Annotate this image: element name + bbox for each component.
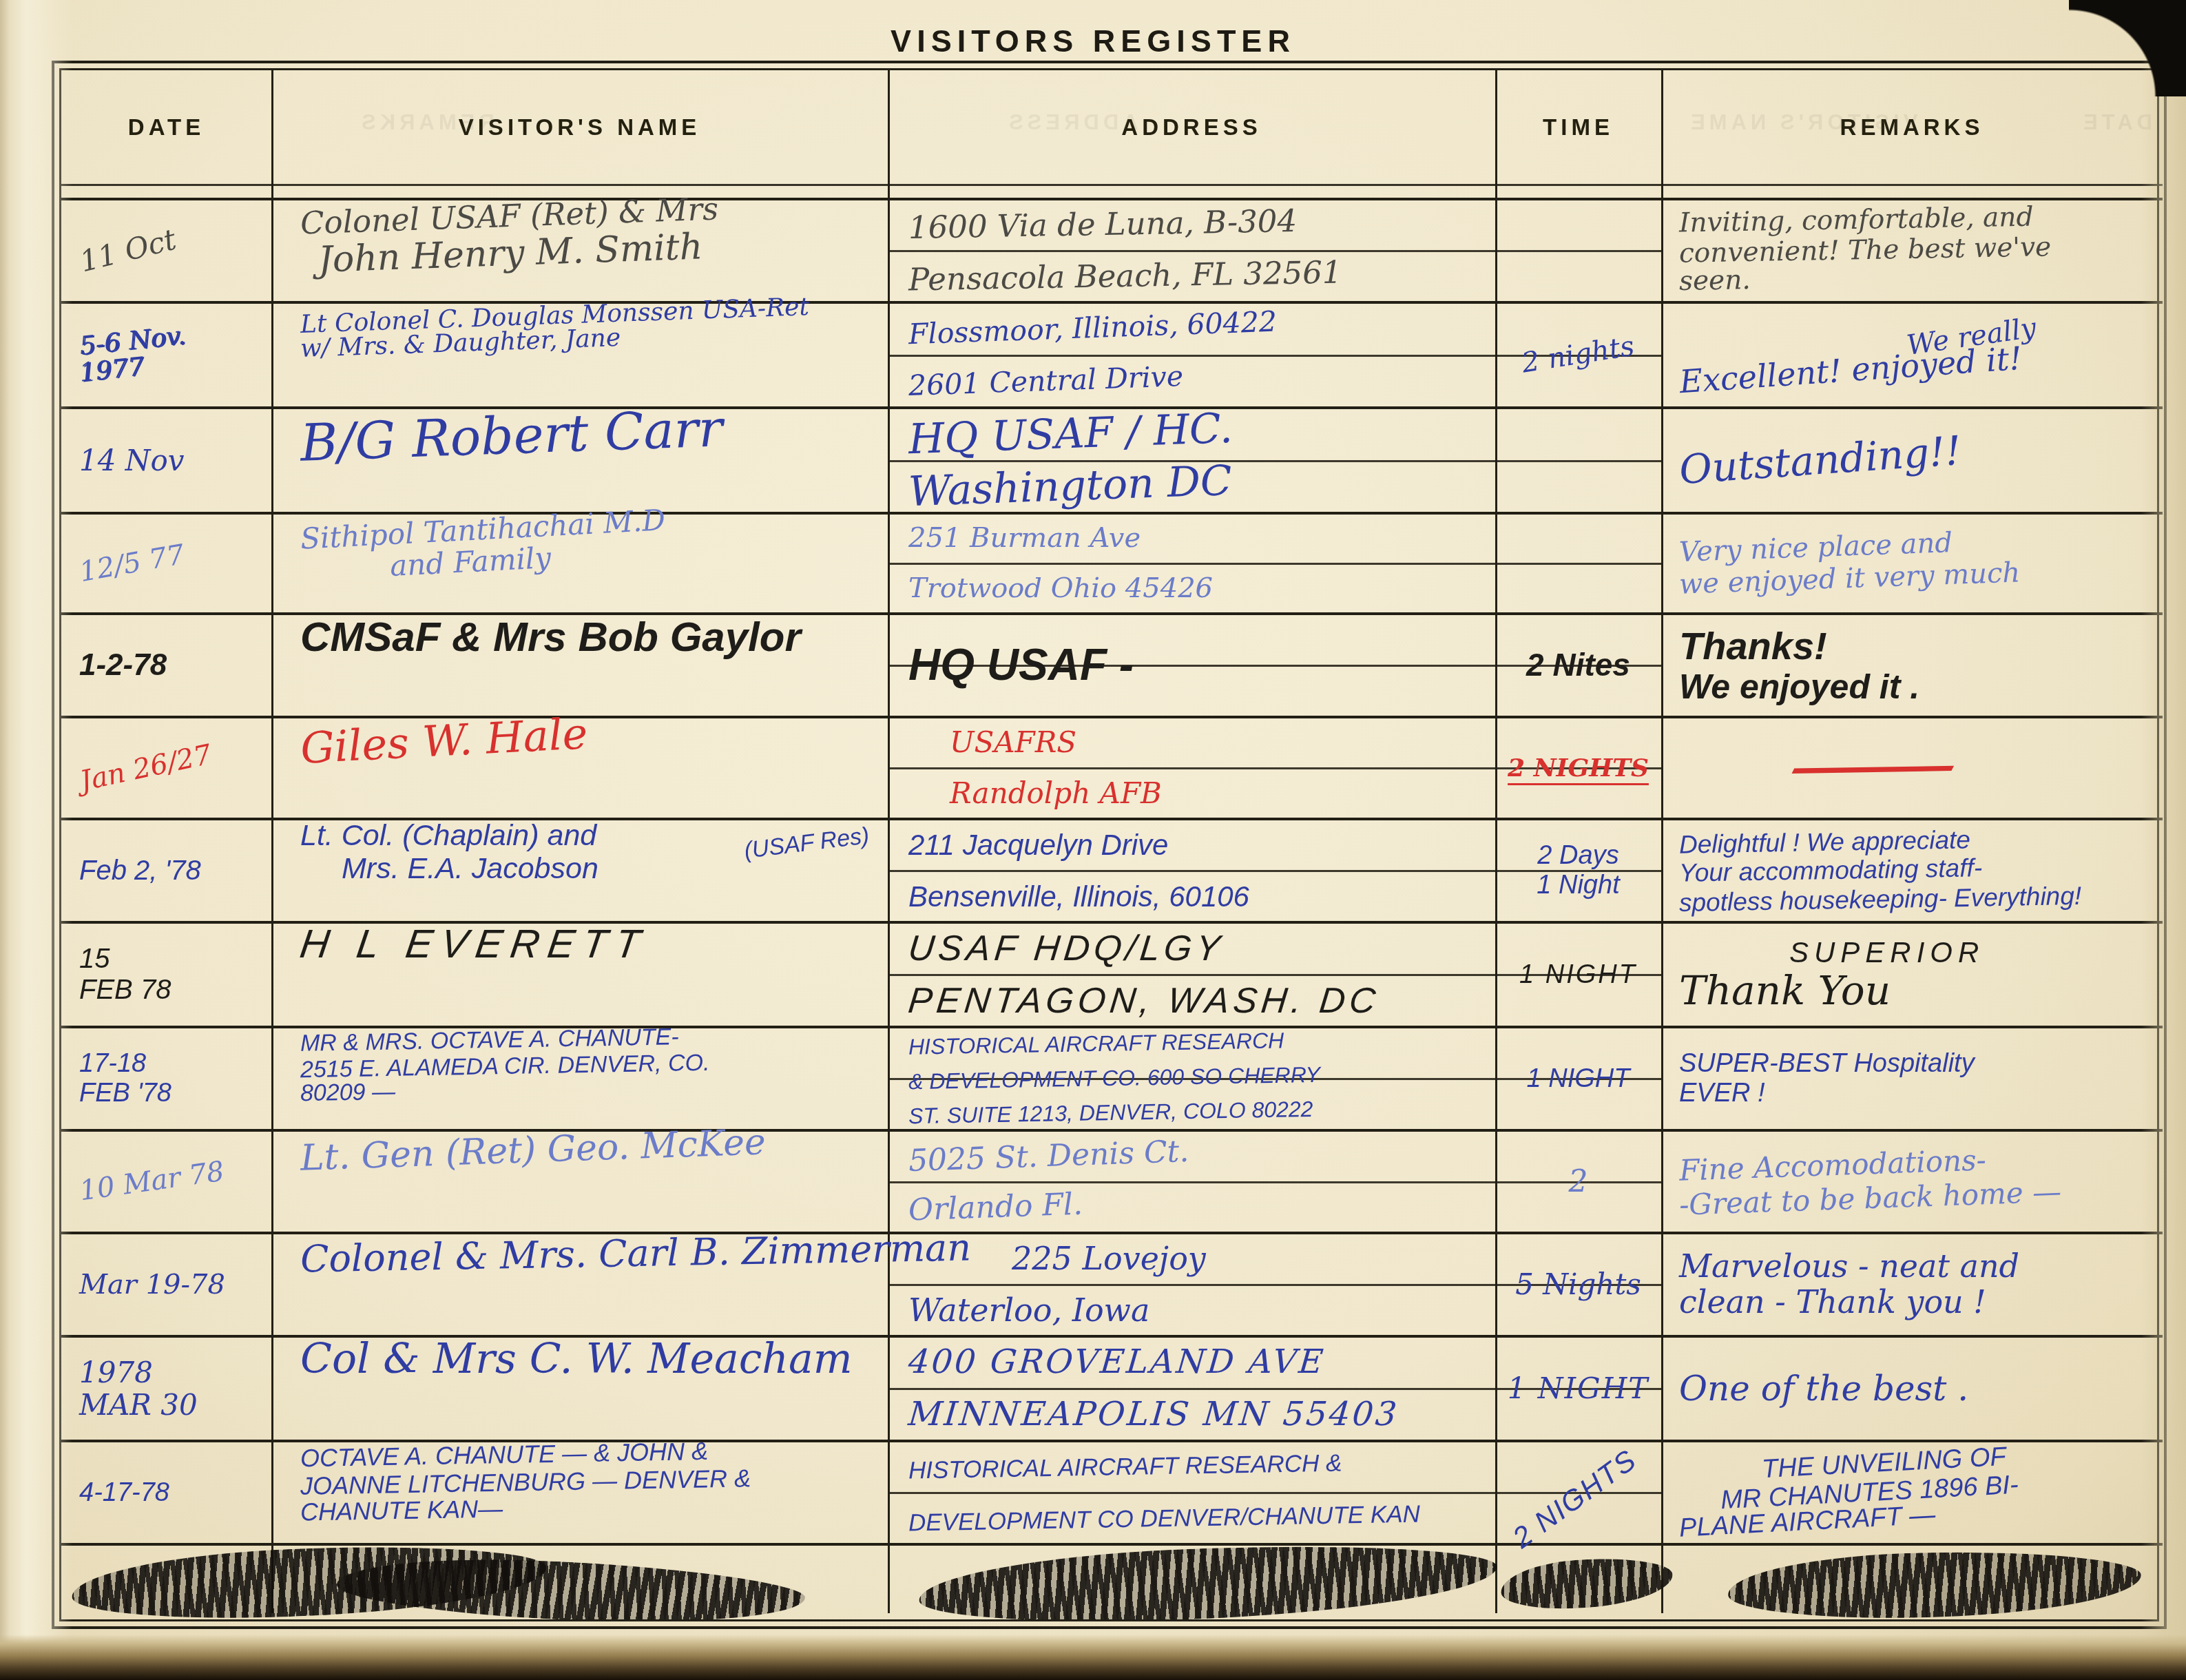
c-date: 1-2-78	[61, 614, 271, 717]
name-line: Col & Mrs C. W. Meacham	[300, 1336, 853, 1382]
name-line: Mrs. E.A. Jacobson	[342, 852, 598, 885]
c-addr: USAFRSRandolph AFB	[888, 717, 1495, 819]
register-row: Mar 19-78Colonel & Mrs. Carl B. Zimmerma…	[61, 1233, 2163, 1336]
addr-line: USAFRS	[950, 726, 1076, 758]
c-time: 2 NIGHTS	[1495, 1441, 1661, 1544]
column-header-time: TIME	[1495, 70, 1661, 184]
time-line: 1 NIGHT	[1527, 1064, 1630, 1094]
c-addr: HISTORICAL AIRCRAFT RESEARCH &DEVELOPMEN…	[888, 1441, 1495, 1544]
name-line: H L EVERETT	[297, 922, 651, 967]
addr-line: 225 Lovejoy	[1012, 1241, 1206, 1277]
book-bottom-edge	[0, 1635, 2186, 1680]
scanned-page: VISITORS REGISTER DATE VISITOR'S NAME AD…	[0, 0, 2186, 1680]
c-time: 2 Days1 Night	[1495, 819, 1661, 922]
c-date: 5-6 Nov.1977	[61, 302, 271, 408]
addr-line: 1600 Via de Luna, B-304	[908, 204, 1298, 245]
c-name: Giles W. Hale	[271, 717, 888, 765]
c-date: 4-17-78	[61, 1441, 271, 1544]
time-line: 2 Days	[1537, 841, 1618, 871]
ruled-line	[61, 184, 2163, 186]
addr-line: HQ USAF / HC.	[908, 405, 1233, 463]
addr-line: 5025 St. Denis Ct.	[908, 1134, 1189, 1178]
c-date: Feb 2, '78	[61, 819, 271, 922]
addr-line: Washington DC	[908, 458, 1233, 516]
date-line: 11 Oct	[76, 223, 179, 278]
register-row: 12/5 77Sithipol Tantihachai M.Dand Famil…	[61, 513, 2163, 614]
bleedthrough-text: REMARKS	[357, 110, 495, 135]
register-row: 10 Mar 78Lt. Gen (Ret) Geo. McKee5025 St…	[61, 1130, 2163, 1233]
c-date: Mar 19-78	[61, 1233, 271, 1336]
column-header-address: ADDRESS	[888, 70, 1495, 184]
c-rem: One of the best .	[1661, 1336, 2163, 1441]
c-addr: 400 GROVELAND AVEMINNEAPOLIS MN 55403	[888, 1336, 1495, 1441]
addr-line: ST. SUITE 1213, DENVER, COLO 80222	[908, 1097, 1313, 1129]
c-rem: Thanks!We enjoyed it .	[1661, 614, 2163, 717]
c-rem: Marvelous - neat andclean - Thank you !	[1661, 1233, 2163, 1336]
c-date: 12/5 77	[61, 513, 271, 614]
bleedthrough-text: DATE	[2079, 110, 2152, 135]
c-time	[1495, 408, 1661, 513]
date-line: 1978	[79, 1356, 153, 1389]
rem-line: Thank You	[1679, 968, 1891, 1013]
name-line: 80209 —	[300, 1079, 396, 1106]
c-time: 2	[1495, 1130, 1661, 1233]
rem-line: We enjoyed it .	[1679, 667, 1919, 706]
register-row: Jan 26/27Giles W. HaleUSAFRSRandolph AFB…	[61, 717, 2163, 819]
c-addr: HQ USAF -	[888, 614, 1495, 717]
c-time: 1 NIGHT	[1495, 922, 1661, 1027]
addr-line: PENTAGON, WASH. DC	[906, 981, 1382, 1021]
name-line: CMSaF & Mrs Bob Gaylor	[300, 614, 801, 660]
c-date: 1978MAR 30	[61, 1336, 271, 1441]
date-line: 12/5 77	[77, 539, 187, 588]
rem-line: Excellent! enjoyed it!	[1678, 341, 2023, 400]
page-title: VISITORS REGISTER	[891, 23, 1295, 59]
rem-line: EVER !	[1679, 1079, 1765, 1108]
rem-line: SUPERIOR	[1789, 936, 1984, 968]
c-addr: 1600 Via de Luna, B-304Pensacola Beach, …	[888, 199, 1495, 302]
register-row: 17-18FEB '78MR & MRS. OCTAVE A. CHANUTE-…	[61, 1027, 2163, 1130]
addr-line: HQ USAF -	[908, 641, 1134, 690]
c-time: 1 NIGHT	[1495, 1027, 1661, 1130]
c-name: OCTAVE A. CHANUTE — & JOHN &JOANNE LITCH…	[271, 1441, 888, 1524]
c-addr: USAF HDQ/LGYPENTAGON, WASH. DC	[888, 922, 1495, 1027]
date-line: 4-17-78	[79, 1478, 169, 1508]
name-line: and Family	[389, 541, 552, 582]
c-rem: Very nice place andwe enjoyed it very mu…	[1661, 513, 2163, 614]
register-row: Feb 2, '78Lt. Col. (Chaplain) andMrs. E.…	[61, 819, 2163, 922]
name-line: Lt. Gen (Ret) Geo. McKee	[300, 1122, 766, 1179]
addr-line: Flossmoor, Illinois, 60422	[908, 307, 1277, 351]
c-rem: Outstanding!!	[1661, 408, 2163, 513]
time-line: 2 NIGHTS	[1506, 1443, 1642, 1554]
date-line: Jan 26/27	[77, 739, 214, 797]
c-time: 5 Nights	[1495, 1233, 1661, 1336]
addr-line: 211 Jacquelyn Drive	[908, 829, 1168, 861]
name-line: Giles W. Hale	[299, 709, 588, 772]
c-date: 10 Mar 78	[61, 1130, 271, 1233]
c-name: CMSaF & Mrs Bob Gaylor	[271, 614, 888, 660]
c-name: Lt. Gen (Ret) Geo. McKee	[271, 1130, 888, 1170]
c-date: 17-18FEB '78	[61, 1027, 271, 1130]
c-name: B/G Robert Carr	[271, 408, 888, 465]
c-rem: Inviting, comfortable, andconvenient! Th…	[1661, 199, 2163, 302]
c-rem: We reallyExcellent! enjoyed it!	[1661, 302, 2163, 408]
c-rem: Fine Accomodations--Great to be back hom…	[1661, 1130, 2163, 1233]
c-name: Col & Mrs C. W. Meacham	[271, 1336, 888, 1382]
rem-line: Your accommodating staff-	[1679, 853, 1983, 887]
rem-line: SUPER-BEST Hospitality	[1679, 1049, 1975, 1079]
c-rem: Delightful ! We appreciateYour accommoda…	[1661, 819, 2163, 922]
c-time	[1495, 513, 1661, 614]
register-row: 11 OctColonel USAF (Ret) & MrsJohn Henry…	[61, 199, 2163, 302]
addr-line: HISTORICAL AIRCRAFT RESEARCH &	[908, 1449, 1342, 1484]
c-date: 15FEB 78	[61, 922, 271, 1027]
rem-line: Thanks!	[1679, 625, 1827, 668]
c-time: 2 Nites	[1495, 614, 1661, 717]
c-name: Lt. Col. (Chaplain) andMrs. E.A. Jacobso…	[271, 819, 888, 885]
c-addr: 251 Burman AveTrotwood Ohio 45426	[888, 513, 1495, 614]
table-header-row: DATE VISITOR'S NAME ADDRESS TIME REMARKS…	[61, 70, 2163, 184]
register-row: 4-17-78OCTAVE A. CHANUTE — & JOHN &JOANN…	[61, 1441, 2163, 1544]
addr-line: 251 Burman Ave	[908, 523, 1141, 554]
c-name: Sithipol Tantihachai M.Dand Family	[271, 513, 888, 578]
time-line: 1 NIGHT	[1519, 960, 1637, 990]
addr-line: 400 GROVELAND AVE	[907, 1344, 1327, 1381]
time-line: 1 Night	[1537, 871, 1619, 900]
time-line: 2 nights	[1520, 331, 1637, 379]
addr-line: Trotwood Ohio 45426	[908, 573, 1213, 604]
addr-line: & DEVELOPMENT CO. 600 SO CHERRY	[908, 1063, 1321, 1095]
c-addr: HQ USAF / HC.Washington DC	[888, 408, 1495, 513]
name-note: (USAF Res)	[743, 822, 871, 864]
register-row: 15FEB 78H L EVERETTUSAF HDQ/LGYPENTAGON,…	[61, 922, 2163, 1027]
c-name: MR & MRS. OCTAVE A. CHANUTE-2515 E. ALAM…	[271, 1027, 888, 1106]
name-line: JOANNE LITCHENBURG — DENVER &	[300, 1465, 751, 1501]
date-line: 10 Mar 78	[78, 1157, 226, 1207]
c-time	[1495, 199, 1661, 302]
c-date: Jan 26/27	[61, 717, 271, 819]
time-line: 2	[1569, 1165, 1588, 1199]
rem-line: seen.	[1679, 265, 1751, 296]
addr-line: Randolph AFB	[950, 777, 1162, 809]
register-row	[61, 1544, 2163, 1620]
column-header-date: DATE	[61, 70, 271, 184]
c-time: 2 nights	[1495, 302, 1661, 408]
date-line: MAR 30	[79, 1389, 198, 1421]
addr-line: HISTORICAL AIRCRAFT RESEARCH	[908, 1028, 1284, 1059]
addr-line: Bensenville, Illinois, 60106	[908, 880, 1249, 913]
bleedthrough-text: ADDRESS	[1005, 110, 1138, 135]
date-line: 1977	[78, 352, 145, 387]
name-line: CHANUTE KAN—	[300, 1495, 503, 1526]
date-line: FEB '78	[79, 1079, 171, 1108]
name-line: Lt. Col. (Chaplain) and	[300, 819, 596, 852]
c-addr: 5025 St. Denis Ct.Orlando Fl.	[888, 1130, 1495, 1233]
c-date: 11 Oct	[61, 199, 271, 302]
addr-line: MINNEAPOLIS MN 55403	[907, 1396, 1400, 1433]
date-line: Feb 2, '78	[79, 855, 201, 886]
date-line: 1-2-78	[79, 648, 167, 682]
time-line: 5 Nights	[1515, 1268, 1641, 1300]
register-rows-layer: DATE VISITOR'S NAME ADDRESS TIME REMARKS…	[61, 70, 2163, 1625]
c-addr: 211 Jacquelyn DriveBensenville, Illinois…	[888, 819, 1495, 922]
c-rem: SUPER-BEST HospitalityEVER !	[1661, 1027, 2163, 1130]
c-addr: HISTORICAL AIRCRAFT RESEARCH& DEVELOPMEN…	[888, 1027, 1495, 1130]
addr-line: USAF HDQ/LGY	[906, 929, 1226, 968]
rem-line: —	[1776, 741, 1968, 792]
rem-line: PLANE AIRCRAFT —	[1678, 1501, 1936, 1544]
c-name: Colonel & Mrs. Carl B. Zimmerman	[271, 1233, 888, 1274]
c-name: Colonel USAF (Ret) & MrsJohn Henry M. Sm…	[271, 199, 888, 274]
c-time: 1 NIGHT	[1495, 1336, 1661, 1441]
date-line: FEB 78	[79, 975, 171, 1006]
addr-line: Pensacola Beach, FL 32561	[908, 256, 1342, 298]
time-line: 1 NIGHT	[1508, 1372, 1649, 1404]
c-rem: THE UNVEILING OFMR CHANUTES 1896 BI-PLAN…	[1661, 1441, 2163, 1544]
c-name: H L EVERETT	[271, 922, 888, 967]
c-time: 2 NIGHTS	[1495, 717, 1661, 819]
rem-line: Marvelous - neat and	[1679, 1249, 2019, 1285]
register-row: 1978MAR 30Col & Mrs C. W. Meacham400 GRO…	[61, 1336, 2163, 1441]
c-rem: SUPERIORThank You	[1661, 922, 2163, 1027]
date-line: 17-18	[79, 1049, 146, 1079]
time-line: 2 NIGHTS	[1508, 754, 1649, 782]
rem-line: convenient! The best we've	[1679, 232, 2052, 269]
addr-line: DEVELOPMENT CO DENVER/CHANUTE KAN	[908, 1500, 1420, 1536]
date-line: Mar 19-78	[79, 1269, 225, 1300]
date-line: 14 Nov	[79, 444, 185, 477]
register-row: 14 NovB/G Robert CarrHQ USAF / HC.Washin…	[61, 408, 2163, 513]
c-name: Lt Colonel C. Douglas Monssen USA-Retw/ …	[271, 302, 888, 358]
date-line: 15	[79, 944, 110, 975]
register-row: 1-2-78CMSaF & Mrs Bob GaylorHQ USAF -2 N…	[61, 614, 2163, 717]
c-addr: 225 LovejoyWaterloo, Iowa	[888, 1233, 1495, 1336]
register-row: 5-6 Nov.1977Lt Colonel C. Douglas Monsse…	[61, 302, 2163, 408]
name-line: B/G Robert Carr	[300, 400, 724, 472]
rem-line: clean - Thank you !	[1679, 1285, 1986, 1320]
rem-line: spotless housekeeping- Everything!	[1679, 882, 2082, 917]
register-table: DATE VISITOR'S NAME ADDRESS TIME REMARKS…	[52, 61, 2167, 1629]
name-line: Colonel & Mrs. Carl B. Zimmerman	[300, 1227, 972, 1280]
addr-line: Waterloo, Iowa	[908, 1293, 1149, 1329]
time-line: 2 Nites	[1526, 647, 1630, 683]
c-date: 14 Nov	[61, 408, 271, 513]
rem-line: Outstanding!!	[1678, 428, 1963, 492]
bleedthrough-text: VISITOR'S NAME	[1687, 110, 1917, 135]
c-addr: Flossmoor, Illinois, 604222601 Central D…	[888, 302, 1495, 408]
c-rem: —	[1661, 717, 2163, 819]
rem-line: One of the best .	[1679, 1369, 1968, 1408]
addr-line: Orlando Fl.	[908, 1188, 1083, 1227]
addr-line: 2601 Central Drive	[908, 361, 1183, 402]
